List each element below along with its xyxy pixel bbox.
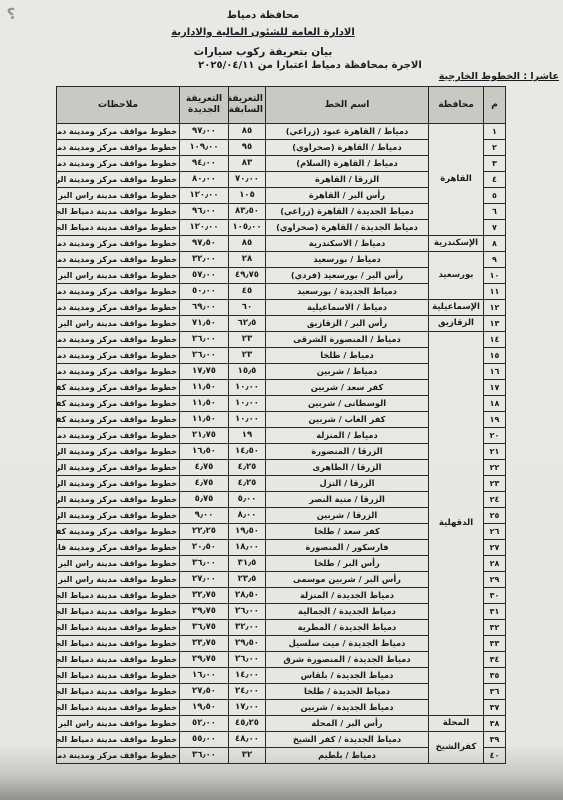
previous-fare-cell: ١٩٫٥٠ [229, 524, 266, 540]
new-fare-cell: ٤٫٧٥ [180, 476, 229, 492]
row-number-cell: ٧ [484, 220, 506, 236]
line-name-cell: دمياط / الاسماعيلية [266, 300, 429, 316]
row-number-cell: ١٦ [484, 364, 506, 380]
new-fare-cell: ٢٦٫٠٠ [180, 348, 229, 364]
new-fare-cell: ٩٤٫٠٠ [180, 156, 229, 172]
row-number-cell: ٢٤ [484, 492, 506, 508]
governorate-cell: القاهرة [429, 124, 484, 236]
previous-fare-cell: ٨٣ [229, 156, 266, 172]
previous-fare-cell: ٢٨٫٥٠ [229, 588, 266, 604]
section-title: عاشرا : الخطوط الخارجية [439, 71, 559, 82]
previous-fare-cell: ٤٩٫٧٥ [229, 268, 266, 284]
new-fare-cell: ٣٢٫٠٠ [180, 252, 229, 268]
new-fare-cell: ١٢٠٫٠٠ [180, 188, 229, 204]
new-fare-cell: ١٢٠٫٠٠ [180, 220, 229, 236]
line-name-cell: دمياط الجديدة / بورسعيد [266, 284, 429, 300]
line-name-cell: دمياط / القاهرة عبود (زراعي) [266, 124, 429, 140]
line-name-cell: دمياط / بورسعيد [266, 252, 429, 268]
new-fare-cell: ٦٩٫٠٠ [180, 300, 229, 316]
notes-cell: خطوط مواقف مدينة دمياط الجديدة [57, 652, 180, 668]
line-name-cell: دمياط الجديدة / المطرية [266, 620, 429, 636]
table-row: ٣٩كفرالشيخدمياط الجديدة / كفر الشيخ٤٨٫٠٠… [57, 732, 506, 748]
previous-fare-cell: ١٩ [229, 428, 266, 444]
previous-fare-cell: ٤٨٫٠٠ [229, 732, 266, 748]
line-name-cell: الزرقا / منية النصر [266, 492, 429, 508]
line-name-cell: رأس البر / بورسعيد (فردي) [266, 268, 429, 284]
line-name-cell: دمياط / شربين [266, 364, 429, 380]
line-name-cell: فارسكور / المنصورة [266, 540, 429, 556]
notes-cell: خطوط مواقف مركز ومدينة دمياط [57, 748, 180, 764]
line-name-cell: دمياط الجديدة / بلقاس [266, 668, 429, 684]
notes-cell: خطوط مواقف مركز ومدينة كفرسعد [57, 412, 180, 428]
notes-cell: خطوط مواقف مركز ومدينة كفرسعد [57, 524, 180, 540]
notes-cell: خطوط مواقف مركز ومدينة دمياط [57, 156, 180, 172]
new-fare-cell: ٣٢٫٧٥ [180, 588, 229, 604]
previous-fare-cell: ٢٤٫٠٠ [229, 684, 266, 700]
previous-fare-cell: ٢٦٫٠٠ [229, 652, 266, 668]
row-number-cell: ١١ [484, 284, 506, 300]
row-number-cell: ٢١ [484, 444, 506, 460]
row-number-cell: ٦ [484, 204, 506, 220]
row-number-cell: ٣ [484, 156, 506, 172]
new-fare-cell: ٣٦٫٧٥ [180, 620, 229, 636]
scanned-page: ؟ محافظة دمياط الادارة العامة للشئون الم… [0, 0, 563, 800]
line-name-cell: كفر سعد / طلخا [266, 524, 429, 540]
previous-fare-cell: ٢٣ [229, 348, 266, 364]
notes-cell: خطوط مواقف مركز ومدينة دمياط [57, 332, 180, 348]
line-name-cell: رأس البر / طلخا [266, 556, 429, 572]
notes-cell: خطوط مواقف مدينة راس البر [57, 572, 180, 588]
line-name-cell: رأس البر / القاهرة [266, 188, 429, 204]
notes-cell: خطوط مواقف مركز ومدينة دمياط [57, 300, 180, 316]
new-fare-cell: ٧١٫٥٠ [180, 316, 229, 332]
previous-fare-cell: ٤٥ [229, 284, 266, 300]
row-number-cell: ٤٠ [484, 748, 506, 764]
line-name-cell: دمياط الجديدة / القاهرة (زراعي) [266, 204, 429, 220]
row-number-cell: ٢٠ [484, 428, 506, 444]
governorate-cell: بورسعيد [429, 252, 484, 300]
row-number-cell: ٨ [484, 236, 506, 252]
row-number-cell: ٢٥ [484, 508, 506, 524]
line-name-cell: الزرقا / القاهرة [266, 172, 429, 188]
line-name-cell: كفر سعد / شربين [266, 380, 429, 396]
row-number-cell: ١٥ [484, 348, 506, 364]
line-name-cell: دمياط / القاهرة (صحراوي) [266, 140, 429, 156]
new-fare-cell: ٣٦٫٠٠ [180, 748, 229, 764]
row-number-cell: ١٠ [484, 268, 506, 284]
doc-title-governorate: محافظة دمياط [0, 10, 526, 21]
previous-fare-cell: ١٠٫٠٠ [229, 380, 266, 396]
governorate-cell: الإسماعيلية [429, 300, 484, 316]
row-number-cell: ٣٠ [484, 588, 506, 604]
notes-cell: خطوط مواقف مركز ومدينة دمياط [57, 236, 180, 252]
col-header-previous-fare: التعريفة السابقة [229, 87, 266, 124]
notes-cell: خطوط مواقف مركز ومدينة الزرقا [57, 476, 180, 492]
previous-fare-cell: ٨٫٠٠ [229, 508, 266, 524]
previous-fare-cell: ١٠٫٠٠ [229, 412, 266, 428]
previous-fare-cell: ١٤٫٥٠ [229, 444, 266, 460]
row-number-cell: ٣٦ [484, 684, 506, 700]
new-fare-cell: ٢٠٫٥٠ [180, 540, 229, 556]
notes-cell: خطوط مواقف مركز ومدينة دمياط [57, 364, 180, 380]
line-name-cell: دمياط / المنصورة الشرقى [266, 332, 429, 348]
previous-fare-cell: ٣٢٫٠٠ [229, 620, 266, 636]
notes-cell: خطوط مواقف مدينة دمياط الجديدة [57, 604, 180, 620]
notes-cell: خطوط مواقف مركز ومدينة دمياط [57, 124, 180, 140]
table-row: ١٣الزقازيقرأس البر / الزقازيق٦٢٫٥٧١٫٥٠خط… [57, 316, 506, 332]
header-row: م محافظة اسم الخط التعريفة السابقة التعر… [57, 87, 506, 124]
row-number-cell: ٣٩ [484, 732, 506, 748]
previous-fare-cell: ٨٥ [229, 124, 266, 140]
previous-fare-cell: ٨٣٫٥٠ [229, 204, 266, 220]
table-row: ١٤الدقهليةدمياط / المنصورة الشرقى٢٣٢٦٫٠٠… [57, 332, 506, 348]
row-number-cell: ٢٢ [484, 460, 506, 476]
table-row: ٨الإسكندريةدمياط / الاسكندرية٨٥٩٧٫٥٠خطوط… [57, 236, 506, 252]
col-header-notes: ملاحظات [57, 87, 180, 124]
notes-cell: خطوط مواقف مدينة دمياط الجديدة [57, 620, 180, 636]
new-fare-cell: ٣٦٫٠٠ [180, 556, 229, 572]
table-row: ٩بورسعيددمياط / بورسعيد٢٨٣٢٫٠٠خطوط مواقف… [57, 252, 506, 268]
notes-cell: خطوط مواقف مدينة راس البر [57, 316, 180, 332]
row-number-cell: ٢ [484, 140, 506, 156]
new-fare-cell: ١١٫٥٠ [180, 396, 229, 412]
row-number-cell: ١٣ [484, 316, 506, 332]
table-row: ٣٨المحلةرأس البر / المحلة٤٥٫٢٥٥٢٫٠٠خطوط … [57, 716, 506, 732]
previous-fare-cell: ٢٨ [229, 252, 266, 268]
previous-fare-cell: ٥٫٠٠ [229, 492, 266, 508]
new-fare-cell: ٨٠٫٠٠ [180, 172, 229, 188]
doc-title-statement: بيان بتعريفة ركوب سيارات [0, 46, 526, 58]
row-number-cell: ١ [484, 124, 506, 140]
notes-cell: خطوط مواقف مدينة دمياط الجديدة [57, 220, 180, 236]
fare-table: م محافظة اسم الخط التعريفة السابقة التعر… [56, 86, 506, 764]
notes-cell: خطوط مواقف مركز ومدينة الزرقا [57, 492, 180, 508]
previous-fare-cell: ١٧٫٠٠ [229, 700, 266, 716]
notes-cell: خطوط مواقف مركز ومدينة الزرقا [57, 508, 180, 524]
fare-table-body: ١القاهرةدمياط / القاهرة عبود (زراعي)٨٥٩٧… [57, 124, 506, 764]
notes-cell: خطوط مواقف مدينة راس البر [57, 716, 180, 732]
line-name-cell: دمياط الجديدة / المنزلة [266, 588, 429, 604]
line-name-cell: الزرقا / الطاهرى [266, 460, 429, 476]
line-name-cell: رأس البر / الزقازيق [266, 316, 429, 332]
new-fare-cell: ٤٫٧٥ [180, 460, 229, 476]
row-number-cell: ٥ [484, 188, 506, 204]
new-fare-cell: ٥٠٫٠٠ [180, 284, 229, 300]
new-fare-cell: ٩٦٫٠٠ [180, 204, 229, 220]
line-name-cell: كفر الغاب / شربين [266, 412, 429, 428]
governorate-cell: كفرالشيخ [429, 732, 484, 764]
row-number-cell: ٢٦ [484, 524, 506, 540]
new-fare-cell: ٢٢٫٢٥ [180, 524, 229, 540]
notes-cell: خطوط مواقف مركز ومدينة دمياط [57, 428, 180, 444]
line-name-cell: دمياط الجديدة / شربين [266, 700, 429, 716]
doc-title-effective-date: الاجرة بمحافظة دمياط اعتبارا من ٢٠٢٥/٠٤/… [57, 60, 563, 71]
line-name-cell: رأس البر / شربين موسمى [266, 572, 429, 588]
row-number-cell: ٤ [484, 172, 506, 188]
line-name-cell: رأس البر / المحلة [266, 716, 429, 732]
doc-title-administration: الادارة العامة للشئون المالية والادارية [0, 27, 526, 38]
row-number-cell: ٣٨ [484, 716, 506, 732]
line-name-cell: دمياط / القاهرة (السلام) [266, 156, 429, 172]
row-number-cell: ٣٥ [484, 668, 506, 684]
governorate-cell: الدقهلية [429, 332, 484, 716]
previous-fare-cell: ٢٣ [229, 332, 266, 348]
previous-fare-cell: ١٤٫٠٠ [229, 668, 266, 684]
new-fare-cell: ١٠٩٫٠٠ [180, 140, 229, 156]
row-number-cell: ١٤ [484, 332, 506, 348]
notes-cell: خطوط مواقف مدينة دمياط الجديدة [57, 204, 180, 220]
notes-cell: خطوط مواقف مركز ومدينة الزرقا [57, 460, 180, 476]
notes-cell: خطوط مواقف مركز ومدينة دمياط [57, 284, 180, 300]
notes-cell: خطوط مواقف مدينة راس البر [57, 188, 180, 204]
previous-fare-cell: ١٠٥ [229, 188, 266, 204]
previous-fare-cell: ١٨٫٠٠ [229, 540, 266, 556]
line-name-cell: دمياط الجديدة / الجمالية [266, 604, 429, 620]
line-name-cell: الزرقا / النزل [266, 476, 429, 492]
previous-fare-cell: ٧٠٫٠٠ [229, 172, 266, 188]
new-fare-cell: ١٧٫٧٥ [180, 364, 229, 380]
line-name-cell: دمياط الجديدة / كفر الشيخ [266, 732, 429, 748]
line-name-cell: دمياط الجديدة / المنصورة شرق [266, 652, 429, 668]
new-fare-cell: ١١٫٥٠ [180, 412, 229, 428]
previous-fare-cell: ٩٥ [229, 140, 266, 156]
notes-cell: خطوط مواقف مدينة دمياط الجديدة [57, 732, 180, 748]
line-name-cell: الوسطانى / شربين [266, 396, 429, 412]
row-number-cell: ١٨ [484, 396, 506, 412]
line-name-cell: الزرقا / المنصورة [266, 444, 429, 460]
previous-fare-cell: ٤٫٢٥ [229, 476, 266, 492]
new-fare-cell: ٢١٫٧٥ [180, 428, 229, 444]
previous-fare-cell: ٢٦٫٠٠ [229, 604, 266, 620]
row-number-cell: ١٧ [484, 380, 506, 396]
line-name-cell: دمياط / الاسكندرية [266, 236, 429, 252]
line-name-cell: دمياط / المنزلة [266, 428, 429, 444]
new-fare-cell: ١١٫٥٠ [180, 380, 229, 396]
previous-fare-cell: ٦٢٫٥ [229, 316, 266, 332]
new-fare-cell: ١٩٫٥٠ [180, 700, 229, 716]
notes-cell: خطوط مواقف مركز ومدينة كفرسعد [57, 396, 180, 412]
previous-fare-cell: ١٠٫٠٠ [229, 396, 266, 412]
row-number-cell: ٢٣ [484, 476, 506, 492]
notes-cell: خطوط مواقف مركز ومدينة الزرقا [57, 172, 180, 188]
new-fare-cell: ٣٣٫٧٥ [180, 636, 229, 652]
new-fare-cell: ٢٩٫٧٥ [180, 652, 229, 668]
notes-cell: خطوط مواقف مدينة دمياط الجديدة [57, 588, 180, 604]
new-fare-cell: ٩٫٠٠ [180, 508, 229, 524]
new-fare-cell: ١٦٫٠٠ [180, 668, 229, 684]
table-row: ١القاهرةدمياط / القاهرة عبود (زراعي)٨٥٩٧… [57, 124, 506, 140]
notes-cell: خطوط مواقف مركز ومدينة دمياط [57, 140, 180, 156]
new-fare-cell: ٥٥٫٠٠ [180, 732, 229, 748]
new-fare-cell: ٢٧٫٥٠ [180, 684, 229, 700]
notes-cell: خطوط مواقف مركز ومدينة دمياط [57, 252, 180, 268]
row-number-cell: ٣٤ [484, 652, 506, 668]
notes-cell: خطوط مواقف مدينة دمياط الجديدة [57, 700, 180, 716]
new-fare-cell: ٩٧٫٠٠ [180, 124, 229, 140]
new-fare-cell: ٢٦٫٠٠ [180, 332, 229, 348]
previous-fare-cell: ٨٥ [229, 236, 266, 252]
new-fare-cell: ٥٧٫٠٠ [180, 268, 229, 284]
line-name-cell: دمياط الجديدة / ميت سلسيل [266, 636, 429, 652]
row-number-cell: ٢٨ [484, 556, 506, 572]
row-number-cell: ٣٣ [484, 636, 506, 652]
col-header-governorate: محافظة [429, 87, 484, 124]
new-fare-cell: ٥٢٫٠٠ [180, 716, 229, 732]
previous-fare-cell: ٢٣٫٥ [229, 572, 266, 588]
notes-cell: خطوط مواقف مركز ومدينة كفرسعد [57, 380, 180, 396]
new-fare-cell: ٢٩٫٧٥ [180, 604, 229, 620]
previous-fare-cell: ٣١٫٥ [229, 556, 266, 572]
notes-cell: خطوط مواقف مدينة دمياط الجديدة [57, 668, 180, 684]
row-number-cell: ٩ [484, 252, 506, 268]
line-name-cell: دمياط / بلطيم [266, 748, 429, 764]
line-name-cell: دمياط الجديدة / طلخا [266, 684, 429, 700]
previous-fare-cell: ٤٥٫٢٥ [229, 716, 266, 732]
row-number-cell: ٢٧ [484, 540, 506, 556]
governorate-cell: الإسكندرية [429, 236, 484, 252]
notes-cell: خطوط مواقف مركز ومدينة فارسكور [57, 540, 180, 556]
previous-fare-cell: ٢٩٫٥٠ [229, 636, 266, 652]
table-row: ١٢الإسماعيليةدمياط / الاسماعيلية٦٠٦٩٫٠٠خ… [57, 300, 506, 316]
previous-fare-cell: ٤٫٢٥ [229, 460, 266, 476]
line-name-cell: دمياط / طلخا [266, 348, 429, 364]
previous-fare-cell: ١٥٫٥ [229, 364, 266, 380]
row-number-cell: ٣٢ [484, 620, 506, 636]
line-name-cell: الزرقا / شربين [266, 508, 429, 524]
fare-table-head: م محافظة اسم الخط التعريفة السابقة التعر… [57, 87, 506, 124]
row-number-cell: ٢٩ [484, 572, 506, 588]
governorate-cell: الزقازيق [429, 316, 484, 332]
previous-fare-cell: ٦٠ [229, 300, 266, 316]
row-number-cell: ١٢ [484, 300, 506, 316]
row-number-cell: ٣١ [484, 604, 506, 620]
notes-cell: خطوط مواقف مدينة راس البر [57, 556, 180, 572]
previous-fare-cell: ١٠٥٫٠٠ [229, 220, 266, 236]
notes-cell: خطوط مواقف مدينة دمياط الجديدة [57, 684, 180, 700]
row-number-cell: ١٩ [484, 412, 506, 428]
new-fare-cell: ٢٧٫٠٠ [180, 572, 229, 588]
new-fare-cell: ٥٫٧٥ [180, 492, 229, 508]
row-number-cell: ٣٧ [484, 700, 506, 716]
new-fare-cell: ٩٧٫٥٠ [180, 236, 229, 252]
notes-cell: خطوط مواقف مدينة راس البر [57, 268, 180, 284]
line-name-cell: دمياط الجديدة / القاهرة (صحراوي) [266, 220, 429, 236]
notes-cell: خطوط مواقف مركز ومدينة الزرقا [57, 444, 180, 460]
notes-cell: خطوط مواقف مدينة دمياط الجديدة [57, 636, 180, 652]
col-header-line-name: اسم الخط [266, 87, 429, 124]
notes-cell: خطوط مواقف مركز ومدينة دمياط [57, 348, 180, 364]
col-header-number: م [484, 87, 506, 124]
previous-fare-cell: ٣٢ [229, 748, 266, 764]
governorate-cell: المحلة [429, 716, 484, 732]
new-fare-cell: ١٦٫٥٠ [180, 444, 229, 460]
col-header-new-fare: التعريفة الجديدة [180, 87, 229, 124]
